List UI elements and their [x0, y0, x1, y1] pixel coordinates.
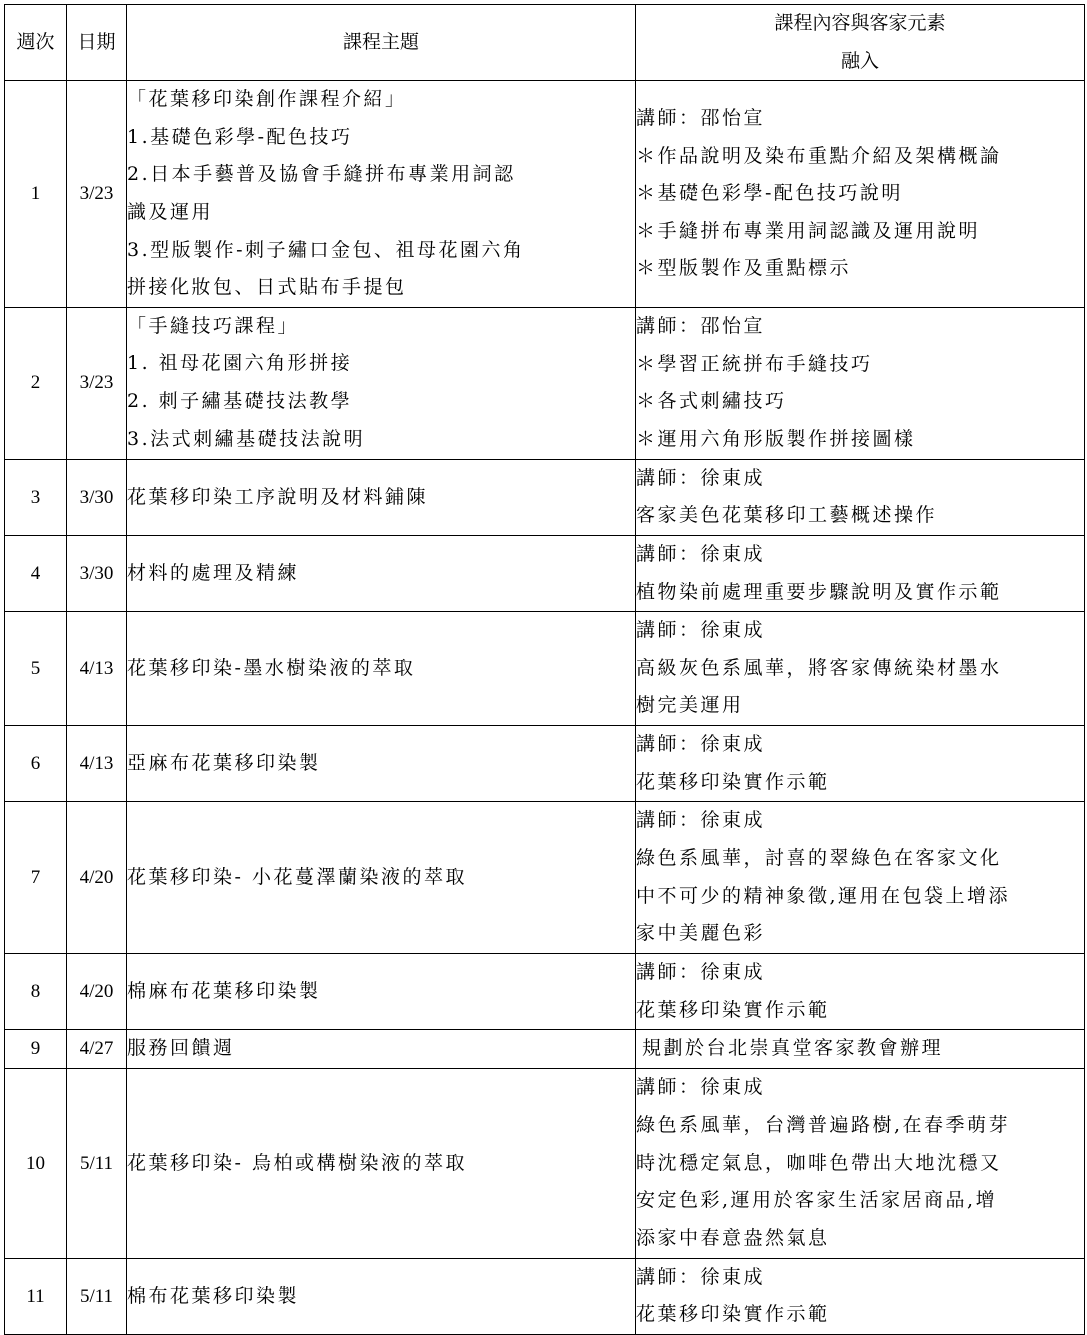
table-row: 9 4/27 服務回饋週 規劃於台北崇真堂客家教會辦理: [5, 1030, 1085, 1069]
table-body: 1 3/23 「花葉移印染創作課程介紹」1.基礎色彩學-配色技巧2.日本手藝普及…: [5, 81, 1085, 1335]
course-content: 講師：徐東成客家美色花葉移印工藝概述操作: [636, 459, 1085, 535]
topic-line: 2.日本手藝普及協會手縫拼布專業用詞認: [127, 156, 635, 194]
session-date: 4/27: [67, 1030, 127, 1069]
course-content: 講師：徐東成花葉移印染實作示範: [636, 1258, 1085, 1334]
table-row: 7 4/20 花葉移印染- 小花蔓澤蘭染液的萃取 講師：徐東成綠色系風華，討喜的…: [5, 802, 1085, 954]
content-line: ＊運用六角形版製作拼接圖樣: [636, 421, 1084, 459]
session-date: 4/13: [67, 725, 127, 801]
course-content: 講師：徐東成綠色系風華，討喜的翠綠色在客家文化中不可少的精神象徵,運用在包袋上增…: [636, 802, 1085, 954]
course-topic: 花葉移印染工序說明及材料鋪陳: [127, 459, 636, 535]
course-topic: 棉麻布花葉移印染製: [127, 954, 636, 1030]
week-number: 6: [5, 725, 67, 801]
header-content: 課程內容與客家元素 融入: [636, 5, 1085, 81]
week-number: 4: [5, 535, 67, 611]
topic-line: 花葉移印染- 烏柏或構樹染液的萃取: [127, 1145, 635, 1183]
week-number: 7: [5, 802, 67, 954]
table-row: 3 3/30 花葉移印染工序說明及材料鋪陳 講師：徐東成客家美色花葉移印工藝概述…: [5, 459, 1085, 535]
header-content-line-1: 課程內容與客家元素: [636, 5, 1084, 43]
header-row: 週次 日期 課程主題 課程內容與客家元素 融入: [5, 5, 1085, 81]
instructor-line: 講師：徐東成: [636, 726, 1084, 764]
session-date: 3/23: [67, 307, 127, 459]
content-line: ＊手縫拼布專業用詞認識及運用說明: [636, 213, 1084, 251]
content-line: 花葉移印染實作示範: [636, 1296, 1084, 1334]
week-number: 1: [5, 81, 67, 308]
course-topic: 花葉移印染- 烏柏或構樹染液的萃取: [127, 1068, 636, 1258]
instructor-line: 講師：徐東成: [636, 954, 1084, 992]
course-topic: 棉布花葉移印染製: [127, 1258, 636, 1334]
topic-line: 「花葉移印染創作課程介紹」: [127, 81, 635, 119]
content-line: 綠色系風華，討喜的翠綠色在客家文化: [636, 840, 1084, 878]
course-topic: 花葉移印染- 小花蔓澤蘭染液的萃取: [127, 802, 636, 954]
instructor-line: 講師：徐東成: [636, 460, 1084, 498]
content-line: 時沈穩定氣息，咖啡色帶出大地沈穩又: [636, 1145, 1084, 1183]
course-content: 講師：邵怡宣＊學習正統拼布手縫技巧＊各式刺繡技巧＊運用六角形版製作拼接圖樣: [636, 307, 1085, 459]
content-line: ＊學習正統拼布手縫技巧: [636, 346, 1084, 384]
topic-line: 棉布花葉移印染製: [127, 1278, 635, 1316]
topic-line: 3.型版製作-刺子繡口金包、祖母花園六角: [127, 232, 635, 270]
course-content: 講師：邵怡宣＊作品說明及染布重點介紹及架構概論＊基礎色彩學-配色技巧說明＊手縫拼…: [636, 81, 1085, 308]
course-content: 講師：徐東成綠色系風華，台灣普遍路樹,在春季萌芽時沈穩定氣息，咖啡色帶出大地沈穩…: [636, 1068, 1085, 1258]
table-row: 2 3/23 「手縫技巧課程」1. 祖母花園六角形拼接2. 刺子繡基礎技法教學3…: [5, 307, 1085, 459]
instructor-line: 講師：徐東成: [636, 536, 1084, 574]
content-line: 花葉移印染實作示範: [636, 992, 1084, 1030]
course-content: 講師：徐東成植物染前處理重要步驟說明及實作示範: [636, 535, 1085, 611]
topic-line: 2. 刺子繡基礎技法教學: [127, 383, 635, 421]
topic-line: 棉麻布花葉移印染製: [127, 973, 635, 1011]
topic-line: 1. 祖母花園六角形拼接: [127, 345, 635, 383]
content-line: 安定色彩,運用於客家生活家居商品,增: [636, 1182, 1084, 1220]
course-topic: 亞麻布花葉移印染製: [127, 725, 636, 801]
content-line: 添家中春意盎然氣息: [636, 1220, 1084, 1258]
table-row: 4 3/30 材料的處理及精練 講師：徐東成植物染前處理重要步驟說明及實作示範: [5, 535, 1085, 611]
table-row: 6 4/13 亞麻布花葉移印染製 講師：徐東成花葉移印染實作示範: [5, 725, 1085, 801]
content-line: 花葉移印染實作示範: [636, 764, 1084, 802]
week-number: 3: [5, 459, 67, 535]
course-topic: 服務回饋週: [127, 1030, 636, 1069]
topic-line: 3.法式刺繡基礎技法說明: [127, 421, 635, 459]
course-topic: 「花葉移印染創作課程介紹」1.基礎色彩學-配色技巧2.日本手藝普及協會手縫拼布專…: [127, 81, 636, 308]
header-topic: 課程主題: [127, 5, 636, 81]
table-row: 5 4/13 花葉移印染-墨水樹染液的萃取 講師：徐東成高級灰色系風華，將客家傳…: [5, 612, 1085, 726]
course-content: 講師：徐東成高級灰色系風華，將客家傳統染材墨水樹完美運用: [636, 612, 1085, 726]
course-content: 講師：徐東成花葉移印染實作示範: [636, 725, 1085, 801]
course-schedule-table: 週次 日期 課程主題 課程內容與客家元素 融入 1 3/23 「花葉移印染創作課…: [4, 4, 1085, 1335]
session-date: 4/20: [67, 954, 127, 1030]
session-date: 3/30: [67, 535, 127, 611]
topic-line: 拼接化妝包、日式貼布手提包: [127, 269, 635, 307]
topic-line: 花葉移印染- 小花蔓澤蘭染液的萃取: [127, 859, 635, 897]
topic-line: 「手縫技巧課程」: [127, 308, 635, 346]
content-line: 規劃於台北崇真堂客家教會辦理: [642, 1030, 1084, 1068]
course-topic: 花葉移印染-墨水樹染液的萃取: [127, 612, 636, 726]
content-line: ＊型版製作及重點標示: [636, 250, 1084, 288]
course-topic: 材料的處理及精練: [127, 535, 636, 611]
header-content-line-2: 融入: [636, 43, 1084, 81]
session-date: 3/23: [67, 81, 127, 308]
content-line: 中不可少的精神象徵,運用在包袋上增添: [636, 878, 1084, 916]
table-row: 1 3/23 「花葉移印染創作課程介紹」1.基礎色彩學-配色技巧2.日本手藝普及…: [5, 81, 1085, 308]
content-line: ＊作品說明及染布重點介紹及架構概論: [636, 138, 1084, 176]
course-topic: 「手縫技巧課程」1. 祖母花園六角形拼接2. 刺子繡基礎技法教學3.法式刺繡基礎…: [127, 307, 636, 459]
topic-line: 花葉移印染-墨水樹染液的萃取: [127, 650, 635, 688]
instructor-line: 講師：邵怡宣: [636, 308, 1084, 346]
content-line: ＊基礎色彩學-配色技巧說明: [636, 175, 1084, 213]
instructor-line: 講師：徐東成: [636, 1069, 1084, 1107]
topic-line: 花葉移印染工序說明及材料鋪陳: [127, 479, 635, 517]
table-row: 8 4/20 棉麻布花葉移印染製 講師：徐東成花葉移印染實作示範: [5, 954, 1085, 1030]
header-date: 日期: [67, 5, 127, 81]
course-content: 講師：徐東成花葉移印染實作示範: [636, 954, 1085, 1030]
week-number: 9: [5, 1030, 67, 1069]
content-line: 樹完美運用: [636, 687, 1084, 725]
week-number: 5: [5, 612, 67, 726]
session-date: 5/11: [67, 1068, 127, 1258]
content-line: 客家美色花葉移印工藝概述操作: [636, 497, 1084, 535]
content-line: ＊各式刺繡技巧: [636, 383, 1084, 421]
instructor-line: 講師：徐東成: [636, 802, 1084, 840]
week-number: 11: [5, 1258, 67, 1334]
content-line: 家中美麗色彩: [636, 915, 1084, 953]
week-number: 8: [5, 954, 67, 1030]
topic-line: 材料的處理及精練: [127, 555, 635, 593]
topic-line: 服務回饋週: [127, 1030, 635, 1068]
table-row: 10 5/11 花葉移印染- 烏柏或構樹染液的萃取 講師：徐東成綠色系風華，台灣…: [5, 1068, 1085, 1258]
table-row: 11 5/11 棉布花葉移印染製 講師：徐東成花葉移印染實作示範: [5, 1258, 1085, 1334]
content-line: 高級灰色系風華，將客家傳統染材墨水: [636, 650, 1084, 688]
session-date: 5/11: [67, 1258, 127, 1334]
topic-line: 識及運用: [127, 194, 635, 232]
week-number: 2: [5, 307, 67, 459]
week-number: 10: [5, 1068, 67, 1258]
instructor-line: 講師：邵怡宣: [636, 100, 1084, 138]
content-line: 植物染前處理重要步驟說明及實作示範: [636, 574, 1084, 612]
topic-line: 1.基礎色彩學-配色技巧: [127, 119, 635, 157]
content-line: 綠色系風華，台灣普遍路樹,在春季萌芽: [636, 1107, 1084, 1145]
table-header: 週次 日期 課程主題 課程內容與客家元素 融入: [5, 5, 1085, 81]
topic-line: 亞麻布花葉移印染製: [127, 745, 635, 783]
instructor-line: 講師：徐東成: [636, 1259, 1084, 1297]
session-date: 3/30: [67, 459, 127, 535]
instructor-line: 講師：徐東成: [636, 612, 1084, 650]
session-date: 4/20: [67, 802, 127, 954]
course-content: 規劃於台北崇真堂客家教會辦理: [636, 1030, 1085, 1069]
header-week: 週次: [5, 5, 67, 81]
session-date: 4/13: [67, 612, 127, 726]
